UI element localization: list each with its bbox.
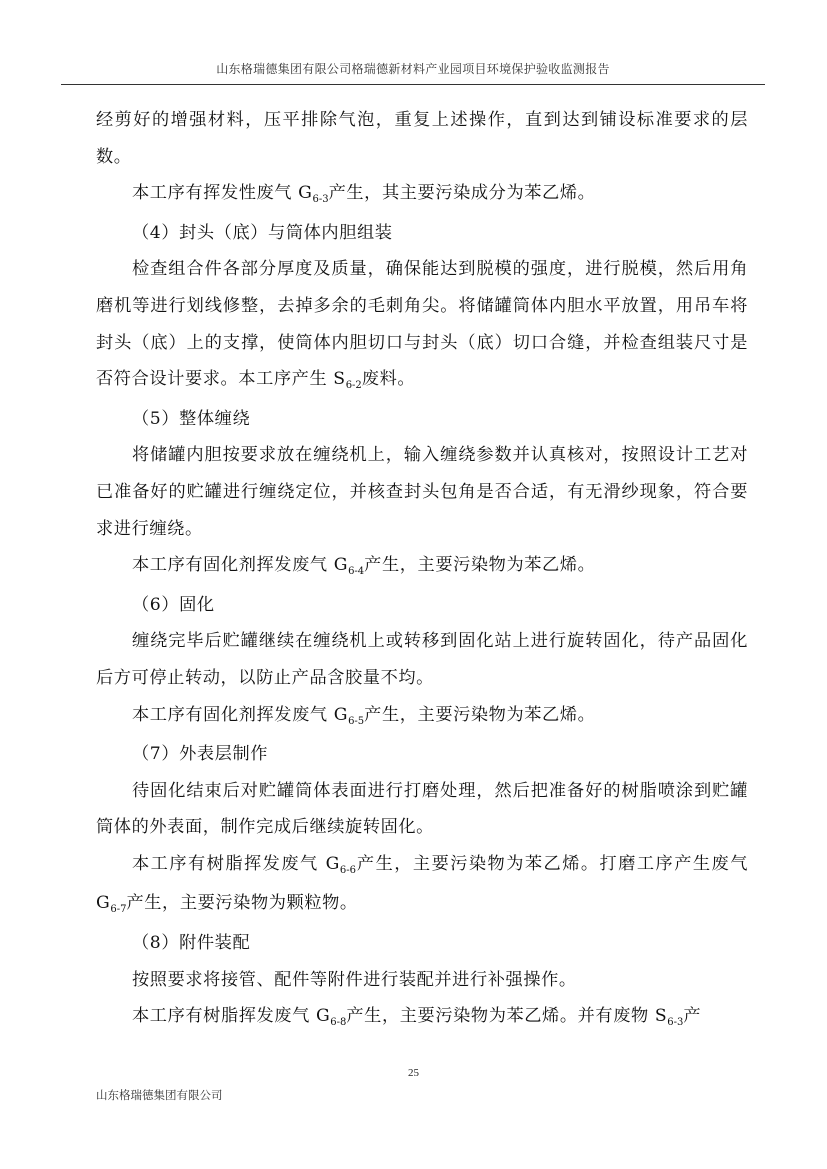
subscript: 6-5 xyxy=(348,716,364,727)
subscript: 6-8 xyxy=(330,1017,346,1028)
text-run: （8）附件装配 xyxy=(132,933,250,953)
section-heading: （8）附件装配 xyxy=(96,925,748,962)
text-run: 废料。 xyxy=(362,369,415,389)
text-run: 缠绕完毕后贮罐继续在缠绕机上或转移到固化站上进行旋转固化，待产品固化后方可停止转… xyxy=(96,631,748,688)
paragraph: 本工序有树脂挥发废气 G6-8产生，主要污染物为苯乙烯。并有废物 S6-3产 xyxy=(96,998,748,1038)
subscript: 6-6 xyxy=(340,865,356,876)
text-run: 经剪好的增强材料，压平排除气泡，重复上述操作，直到达到铺设标准要求的层数。 xyxy=(96,110,748,167)
text-run: 检查组合件各部分厚度及质量，确保能达到脱模的强度，进行脱模，然后用角磨机等进行划… xyxy=(96,259,748,389)
paragraph: 按照要求将接管、配件等附件进行装配并进行补强操作。 xyxy=(96,962,748,999)
paragraph: 本工序有树脂挥发废气 G6-6产生，主要污染物为苯乙烯。打磨工序产生废气 G6-… xyxy=(96,846,748,925)
text-run: 产生，主要污染物为苯乙烯。并有废物 S xyxy=(346,1006,667,1026)
subscript: 6-3 xyxy=(312,194,328,205)
paragraph: 将储罐内胆按要求放在缠绕机上，输入缠绕参数并认真核对，按照设计工艺对已准备好的贮… xyxy=(96,437,748,547)
document-body: 经剪好的增强材料，压平排除气泡，重复上述操作，直到达到铺设标准要求的层数。本工序… xyxy=(96,102,748,1038)
paragraph: 待固化结束后对贮罐筒体表面进行打磨处理，然后把准备好的树脂喷涂到贮罐筒体的外表面… xyxy=(96,773,748,846)
subscript: 6-3 xyxy=(667,1017,683,1028)
paragraph: 缠绕完毕后贮罐继续在缠绕机上或转移到固化站上进行旋转固化，待产品固化后方可停止转… xyxy=(96,623,748,696)
text-run: 按照要求将接管、配件等附件进行装配并进行补强操作。 xyxy=(132,970,577,990)
subscript: 6-4 xyxy=(348,566,364,577)
text-run: （5）整体缠绕 xyxy=(132,409,250,429)
header-divider xyxy=(61,84,765,85)
text-run: 本工序有固化剂挥发废气 G xyxy=(132,705,348,725)
text-run: 将储罐内胆按要求放在缠绕机上，输入缠绕参数并认真核对，按照设计工艺对已准备好的贮… xyxy=(96,445,748,538)
text-run: （4）封头（底）与筒体内胆组装 xyxy=(132,223,393,243)
text-run: 待固化结束后对贮罐筒体表面进行打磨处理，然后把准备好的树脂喷涂到贮罐筒体的外表面… xyxy=(96,781,748,838)
page-number: 25 xyxy=(0,1067,827,1079)
text-run: 产生，其主要污染成分为苯乙烯。 xyxy=(329,183,596,203)
text-run: 本工序有树脂挥发废气 G xyxy=(132,854,340,874)
running-header: 山东格瑞德集团有限公司格瑞德新材料产业园项目环境保护验收监测报告 xyxy=(61,60,765,77)
section-heading: （5）整体缠绕 xyxy=(96,401,748,438)
text-run: 本工序有树脂挥发废气 G xyxy=(132,1006,330,1026)
paragraph: 检查组合件各部分厚度及质量，确保能达到脱模的强度，进行脱模，然后用角磨机等进行划… xyxy=(96,251,748,400)
paragraph: 经剪好的增强材料，压平排除气泡，重复上述操作，直到达到铺设标准要求的层数。 xyxy=(96,102,748,175)
section-heading: （7）外表层制作 xyxy=(96,736,748,773)
text-run: 产生，主要污染物为颗粒物。 xyxy=(126,893,357,913)
text-run: （6）固化 xyxy=(132,595,215,615)
text-run: （7）外表层制作 xyxy=(132,744,268,764)
text-run: 本工序有固化剂挥发废气 G xyxy=(132,555,348,575)
text-run: 本工序有挥发性废气 G xyxy=(132,183,312,203)
paragraph: 本工序有固化剂挥发废气 G6-4产生，主要污染物为苯乙烯。 xyxy=(96,547,748,587)
section-heading: （6）固化 xyxy=(96,587,748,624)
footer-company: 山东格瑞德集团有限公司 xyxy=(96,1087,223,1103)
paragraph: 本工序有固化剂挥发废气 G6-5产生，主要污染物为苯乙烯。 xyxy=(96,697,748,737)
paragraph: 本工序有挥发性废气 G6-3产生，其主要污染成分为苯乙烯。 xyxy=(96,175,748,215)
section-heading: （4）封头（底）与筒体内胆组装 xyxy=(96,215,748,252)
text-run: 产生，主要污染物为苯乙烯。 xyxy=(364,555,595,575)
text-run: 产 xyxy=(683,1006,701,1026)
subscript: 6-2 xyxy=(346,380,362,391)
subscript: 6-7 xyxy=(110,904,126,915)
text-run: 产生，主要污染物为苯乙烯。 xyxy=(364,705,595,725)
